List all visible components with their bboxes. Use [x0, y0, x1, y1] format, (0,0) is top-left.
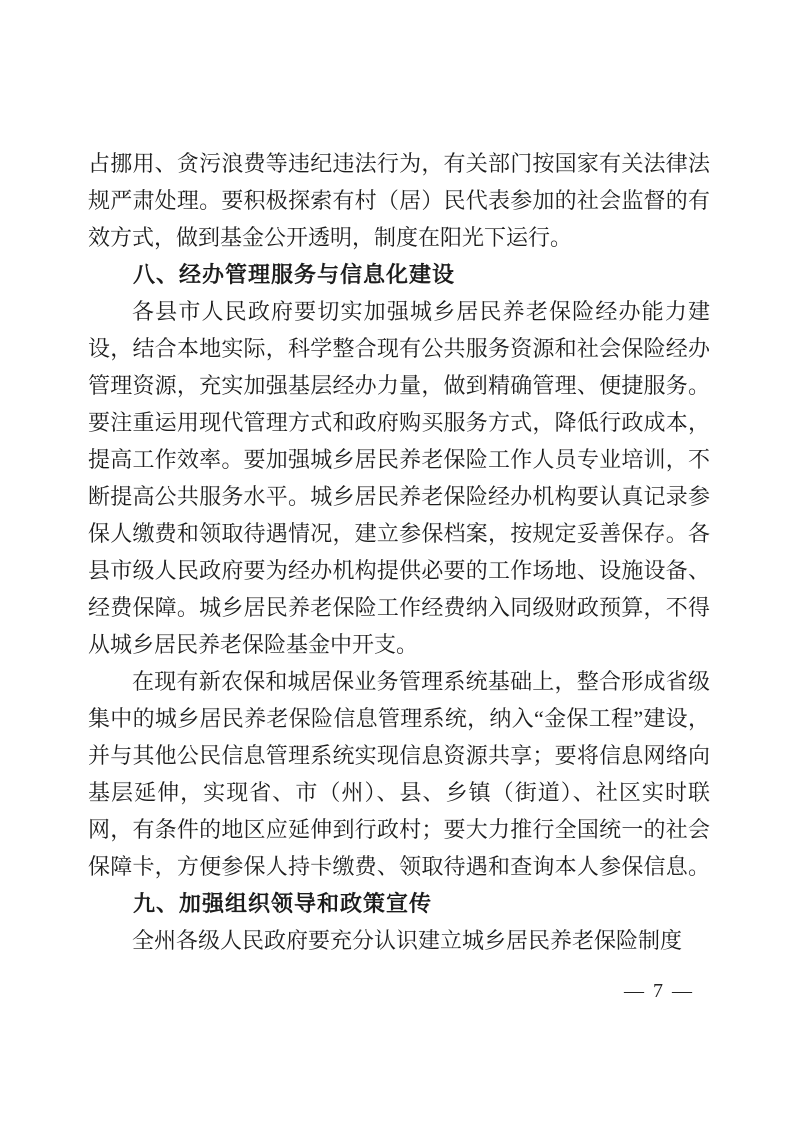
section-heading: 九、加强组织领导和政策宣传: [88, 885, 710, 922]
body-line: 要注重运用现代管理方式和政府购买服务方式，降低行政成本，: [88, 404, 710, 441]
body-line: 规严肃处理。要积极探索有村（居）民代表参加的社会监督的有: [88, 182, 710, 219]
document-body: 占挪用、贪污浪费等违纪违法行为，有关部门按国家有关法律法 规严肃处理。要积极探索…: [88, 145, 710, 959]
page-number: — 7 —: [624, 980, 694, 1002]
body-line: 提高工作效率。要加强城乡居民养老保险工作人员专业培训，不: [88, 441, 710, 478]
body-line: 设，结合本地实际，科学整合现有公共服务资源和社会保险经办: [88, 330, 710, 367]
body-line: 占挪用、贪污浪费等违纪违法行为，有关部门按国家有关法律法: [88, 145, 710, 182]
document-page: 占挪用、贪污浪费等违纪违法行为，有关部门按国家有关法律法 规严肃处理。要积极探索…: [0, 0, 793, 1122]
body-line: 基层延伸，实现省、市（州）、县、乡镇（街道）、社区实时联: [88, 774, 710, 811]
body-line: 保人缴费和领取待遇情况，建立参保档案，按规定妥善保存。各: [88, 515, 710, 552]
body-line: 集中的城乡居民养老保险信息管理系统，纳入“金保工程”建设，: [88, 700, 710, 737]
body-line: 各县市人民政府要切实加强城乡居民养老保险经办能力建: [88, 293, 710, 330]
body-line: 断提高公共服务水平。城乡居民养老保险经办机构要认真记录参: [88, 478, 710, 515]
body-line: 网，有条件的地区应延伸到行政村；要大力推行全国统一的社会: [88, 811, 710, 848]
body-line: 从城乡居民养老保险基金中开支。: [88, 626, 710, 663]
body-line: 县市级人民政府要为经办机构提供必要的工作场地、设施设备、: [88, 552, 710, 589]
body-line: 并与其他公民信息管理系统实现信息资源共享；要将信息网络向: [88, 737, 710, 774]
body-line: 在现有新农保和城居保业务管理系统基础上，整合形成省级: [88, 663, 710, 700]
body-line: 全州各级人民政府要充分认识建立城乡居民养老保险制度: [88, 922, 710, 959]
body-line: 效方式，做到基金公开透明，制度在阳光下运行。: [88, 219, 710, 256]
body-line: 经费保障。城乡居民养老保险工作经费纳入同级财政预算，不得: [88, 589, 710, 626]
section-heading: 八、经办管理服务与信息化建设: [88, 256, 710, 293]
body-line: 管理资源，充实加强基层经办力量，做到精确管理、便捷服务。: [88, 367, 710, 404]
body-line: 保障卡，方便参保人持卡缴费、领取待遇和查询本人参保信息。: [88, 848, 710, 885]
